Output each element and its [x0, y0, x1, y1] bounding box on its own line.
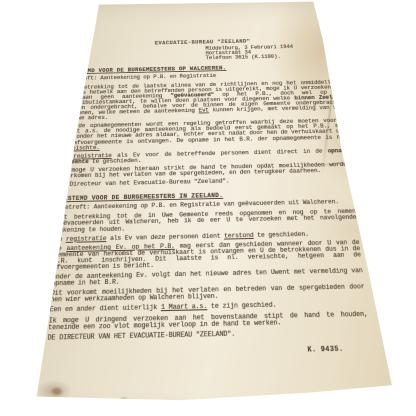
sections: BESTEMD VOOR DE BURGEMEESTERS OP WALCHER…: [47, 64, 370, 342]
reference-number: K. 9435.: [46, 346, 344, 359]
paragraph: Met betrekking tot de in Uwe Gemeente re…: [55, 209, 357, 233]
text-segment: DE DIRECTEUR VAN HET EVACUATIE-BUREAU "Z…: [47, 330, 235, 342]
text-segment: De Directeur van het Evacuatie-Bureau "Z…: [59, 178, 230, 188]
text-segment: 1 Maart a.s.: [161, 303, 207, 312]
document-paper: EVACUATIE-BUREAU "ZEELAND" Middelburg, 3…: [0, 0, 416, 416]
photo-canvas: EVACUATIE-BUREAU "ZEELAND" Middelburg, 3…: [0, 0, 416, 416]
document-content: EVACUATIE-BUREAU "ZEELAND" Middelburg, 3…: [46, 38, 372, 360]
dateline-block: Middelburg, 3 Februari 1944Hortastraat 3…: [205, 44, 338, 61]
text-segment: als Ev van deze personen dient: [106, 232, 224, 242]
text-segment: Evt: [199, 107, 209, 113]
paragraph: Met de opnamegemeenten wordt een regelin…: [61, 118, 348, 151]
text-segment: te zijn geschied.: [207, 302, 277, 311]
text-segment: Met de opnamegemeenten wordt een regelin…: [62, 118, 348, 146]
dateline-line: Telefoon 3615 (K.1180).: [206, 54, 338, 62]
text-segment: De: [61, 153, 74, 160]
text-segment: De: [55, 235, 67, 242]
text-segment: Een en ander dient uiterlijk: [49, 304, 161, 314]
text-segment: te geschieden.: [88, 157, 141, 165]
document-section: BESTEMD VOOR DE BURGEMEESTERS OP WALCHER…: [59, 64, 353, 188]
text-segment: vereischte.: [61, 144, 100, 151]
paragraph: Met betrekking tot de laatste alinea van…: [64, 80, 345, 122]
text-segment: te geschieden.: [253, 230, 309, 238]
text-segment: registratie: [66, 235, 107, 243]
paragraph: De aanteekening Ev. op het P.B. mag eers…: [52, 240, 362, 272]
text-segment: Met betrekking tot de in Uwe Gemeente re…: [55, 208, 357, 233]
text-segment: terstond: [224, 231, 254, 239]
paper-stain: [120, 398, 127, 403]
document-section: BESTEMD VOOR DE BURGEMEESTERS IN ZEELAND…: [47, 191, 370, 342]
paper-stain: [52, 388, 62, 395]
